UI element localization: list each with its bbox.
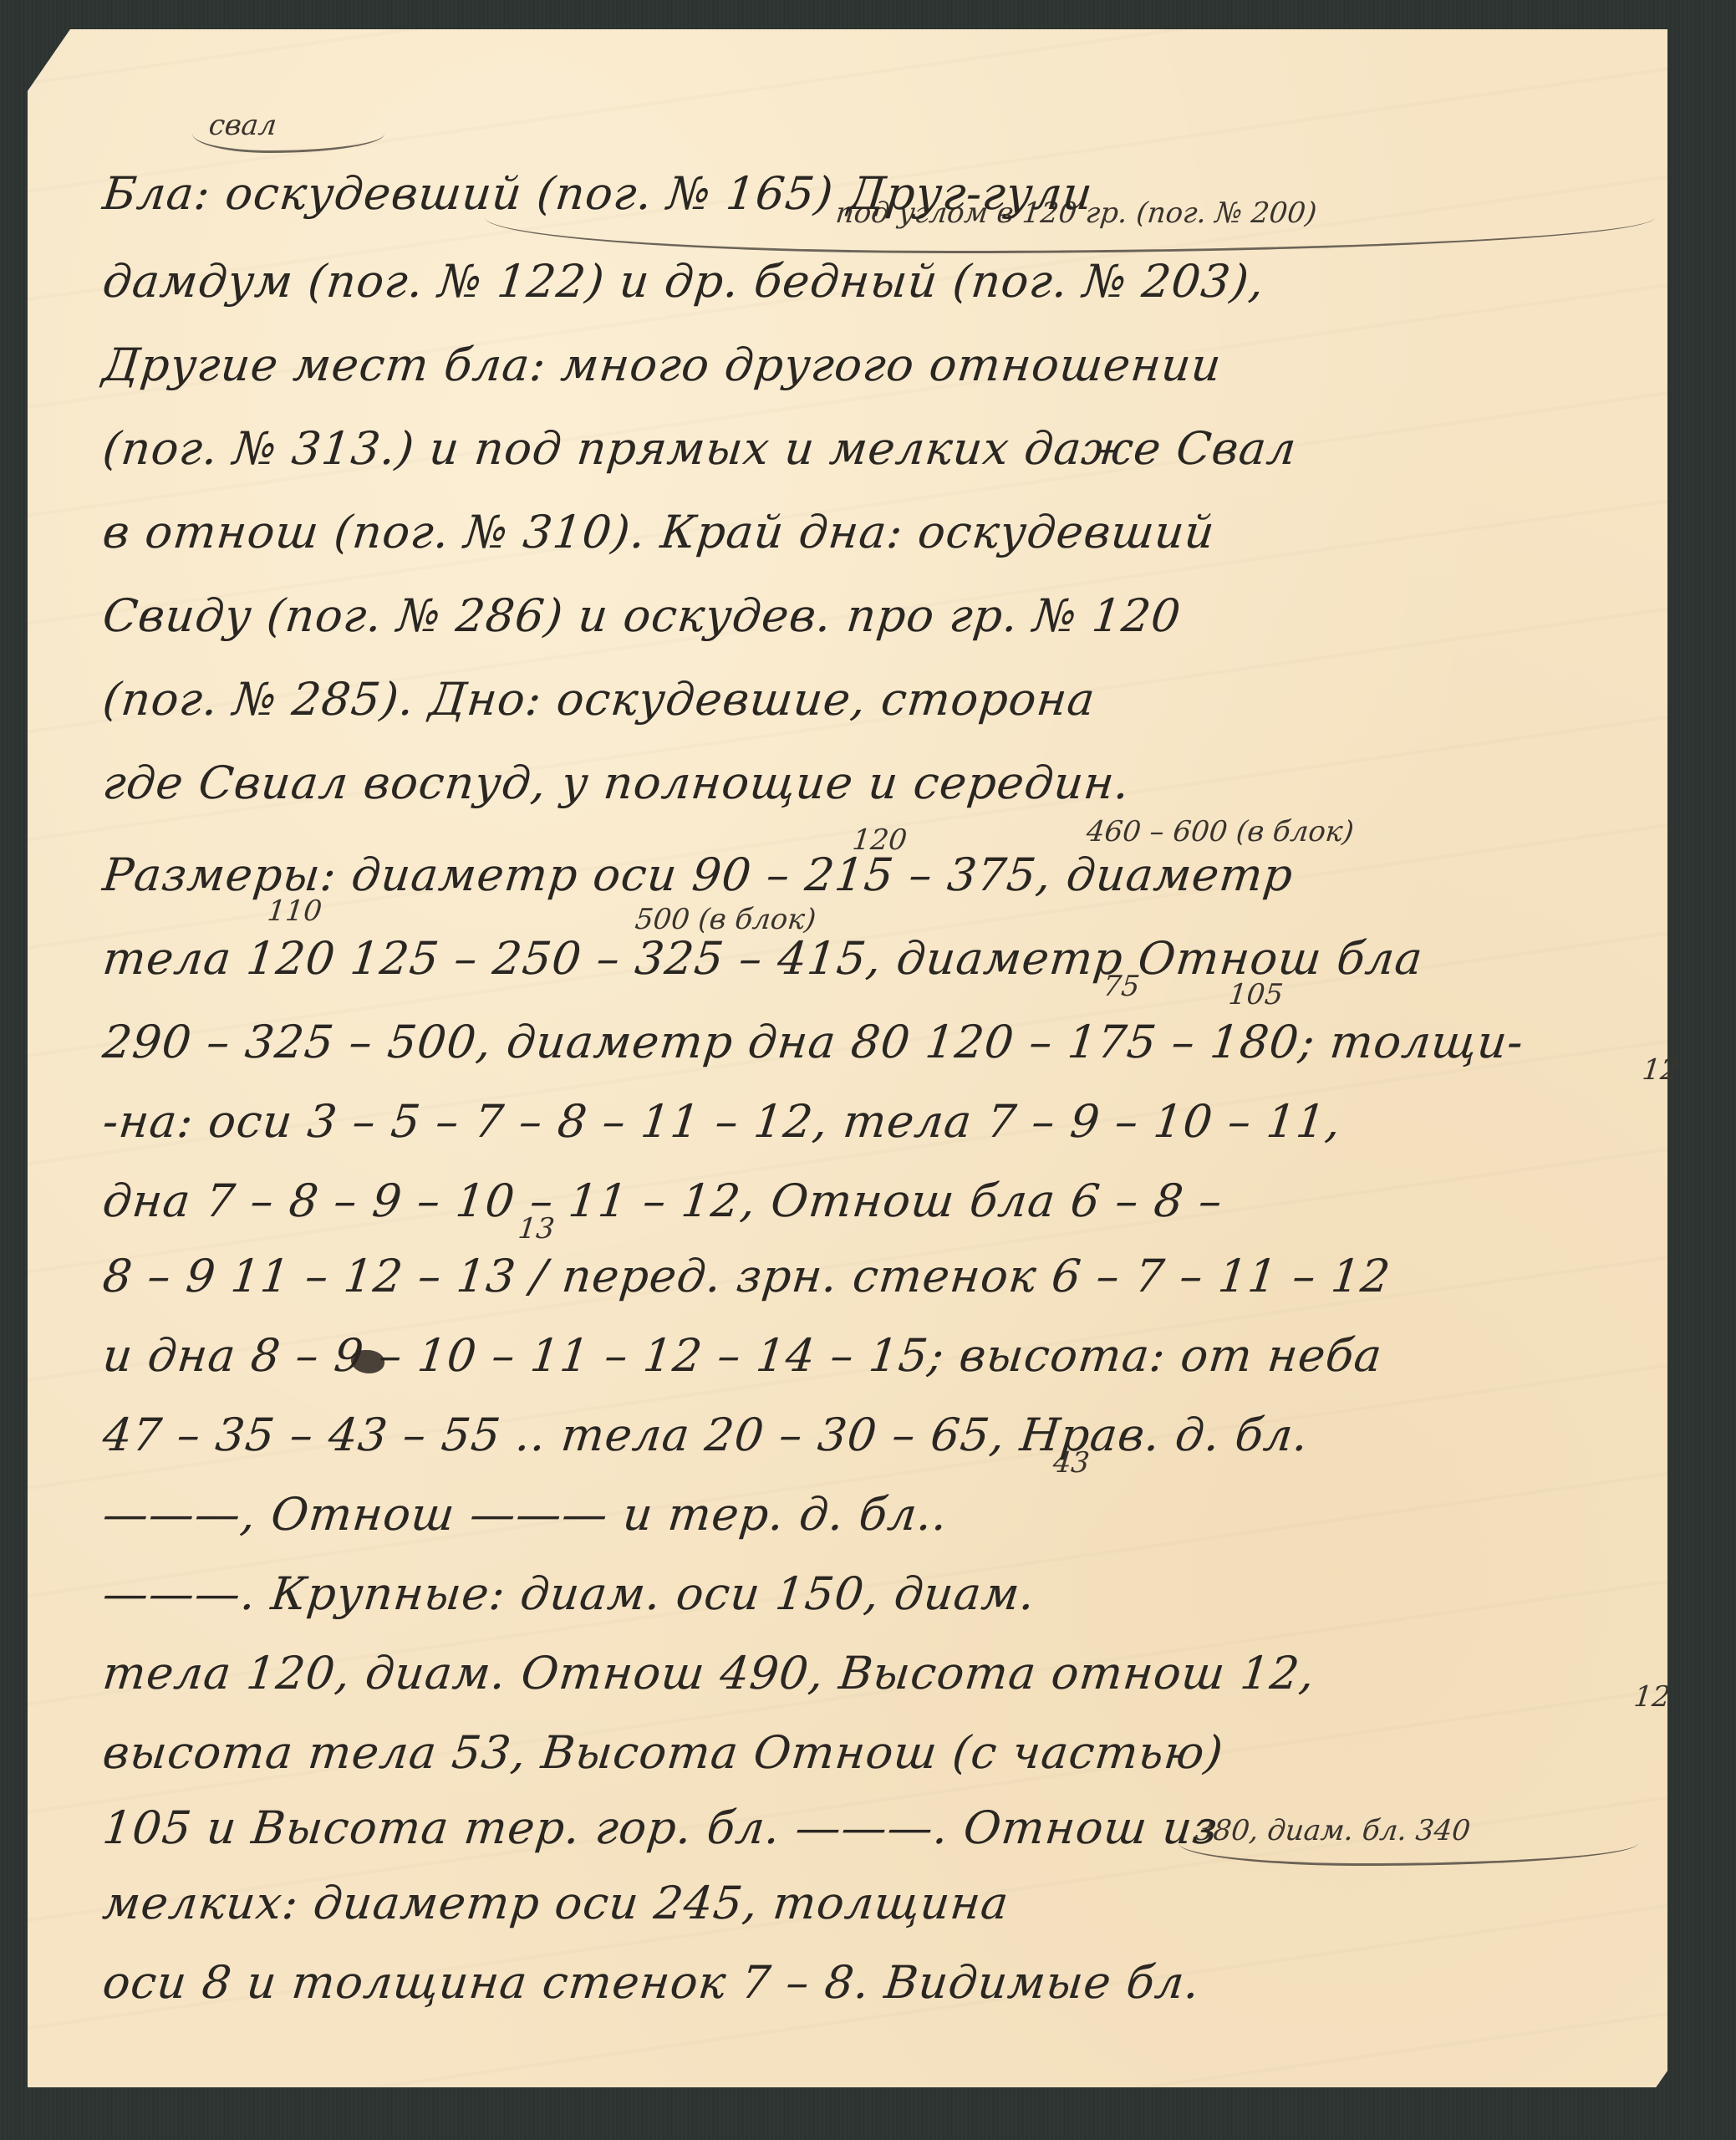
annotation: 12	[1632, 1680, 1672, 1714]
text-line: Размеры: диаметр оси 90 – 215 – 375, диа…	[100, 848, 1296, 901]
text-line: (пог. № 285). Дно: оскудевшие, сторона	[100, 673, 1098, 726]
text-line: Свиду (пог. № 286) и оскудев. про гр. № …	[100, 589, 1184, 642]
text-line: где Свиал воспуд, у полнощие и середин.	[100, 757, 1133, 809]
text-line: -на: оси 3 – 5 – 7 – 8 – 11 – 12, тела 7…	[100, 1095, 1344, 1148]
text-line: (пог. № 313.) и под прямых и мелких даже…	[100, 422, 1299, 475]
text-line: мелких: диаметр оси 245, толщина	[100, 1877, 1011, 1929]
annotation: 500 (в блок)	[634, 903, 817, 936]
text-line: ———, Отнош ——— и тер. д. бл..	[100, 1488, 950, 1541]
text-line: 47 – 35 – 43 – 55 .. тела 20 – 30 – 65, …	[100, 1409, 1311, 1461]
annotation: 380, диам. бл. 340	[1194, 1814, 1472, 1847]
text-line: 290 – 325 – 500, диаметр дна 80 120 – 17…	[100, 1016, 1526, 1068]
text-line: Бла: оскудевший (пог. № 165) Друг-гули	[100, 167, 1096, 220]
ink-blot	[351, 1350, 384, 1373]
text-line: 8 – 9 11 – 12 – 13 / перед. зрн. стенок …	[100, 1250, 1393, 1302]
text-line: дна 7 – 8 – 9 – 10 – 11 – 12, Отнош бла …	[100, 1174, 1225, 1227]
annotation: 12	[1641, 1053, 1680, 1087]
text-line: в отнош (пог. № 310). Край дна: оскудевш…	[100, 506, 1218, 558]
text-line: и дна 8 – 9 – 10 – 11 – 12 – 14 – 15; вы…	[100, 1329, 1385, 1382]
text-line: тела 120 125 – 250 – 325 – 415, диаметр …	[100, 932, 1426, 985]
annotation: 460 – 600 (в блок)	[1085, 815, 1356, 848]
text-line: 105 и Высота тер. гор. бл. ———. Отнош из	[100, 1801, 1221, 1854]
text-line: тела 120, диам. Отнош 490, Высота отнош …	[100, 1647, 1317, 1699]
text-line: дамдум (пог. № 122) и др. бедный (пог. №…	[100, 255, 1267, 308]
text-line: ———. Крупные: диам. оси 150, диам.	[100, 1567, 1038, 1620]
text-line: высота тела 53, Высота Отнош (с частью)	[100, 1726, 1226, 1779]
text-line: Другие мест бла: много другого отношении	[100, 339, 1224, 391]
text-line: оси 8 и толщина стенок 7 – 8. Видимые бл…	[100, 1956, 1203, 2009]
